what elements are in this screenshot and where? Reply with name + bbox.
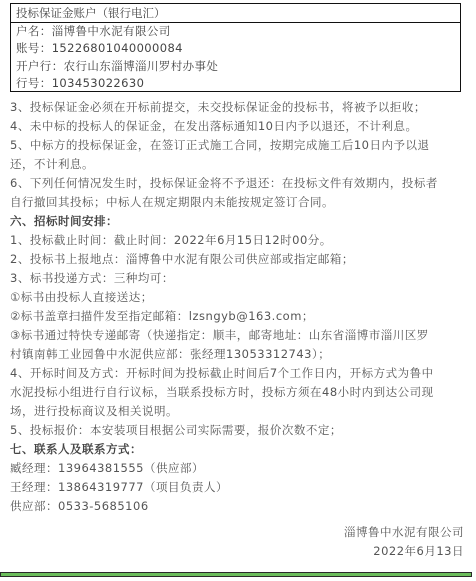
account-name: 户名：淄博鲁中水泥有限公司 [11, 23, 460, 40]
signature-date: 2022年6月13日 [344, 542, 464, 561]
notice-body: 3、投标保证金必须在开标前提交，未交投标保证金的投标书，将被予以拒收； 4、未中… [10, 98, 470, 516]
account-bank-code: 行号：103453022630 [11, 75, 460, 92]
body-line: 2、投标书上报地点：淄博鲁中水泥有限公司供应部或指定邮箱； [10, 250, 470, 269]
contact-line: 王经理：13864319777（项目负责人） [10, 478, 470, 497]
section-heading-schedule: 六、招标时间安排： [10, 212, 470, 231]
body-line-email: ②标书盖章扫描件发至指定邮箱：lzsngyb@163.com； [10, 307, 470, 326]
body-line: ①标书由投标人直接送达； [10, 288, 470, 307]
account-bank: 开户行：农行山东淄博淄川罗村办事处 [11, 58, 460, 75]
body-line: 4、开标时间及方式：开标时间为投标截止时间后7个工作日内，开标方式为鲁中 [10, 364, 470, 383]
contact-line: 供应部：0533-5685106 [10, 497, 470, 516]
body-line: 5、中标方的投标保证金，在签订正式施工合同，按期完成施工后10日内予以退 [10, 136, 470, 155]
body-line: ③标书通过特快专递邮寄（快递指定：顺丰，邮寄地址：山东省淄博市淄川区罗 [10, 326, 470, 345]
contact-line: 臧经理：13964381555（供应部） [10, 459, 470, 478]
body-line: 还，不计利息。 [10, 155, 470, 174]
signature-company: 淄博鲁中水泥有限公司 [344, 523, 464, 542]
signature-block: 淄博鲁中水泥有限公司 2022年6月13日 [344, 523, 464, 561]
body-line: 村镇南韩工业园鲁中水泥供应部：张经理13053312743）； [10, 345, 470, 364]
account-box-title: 投标保证金账户（银行电汇） [11, 4, 460, 23]
body-line: 3、标书投递方式：三种均可： [10, 269, 470, 288]
body-line: 水泥投标小组进行自行议标，当联系投标方时，投标方须在48小时内到达公司现 [10, 383, 470, 402]
body-line: 5、投标报价：本安装项目根据公司实际需要，报价次数不定； [10, 421, 470, 440]
section-heading-contacts: 七、联系人及联系方式： [10, 440, 470, 459]
body-line: 1、投标截止时间：截止时间：2022年6月15日12时00分。 [10, 231, 470, 250]
body-line: 自行撤回其投标；中标人在规定期限内未能按规定签订合同。 [10, 193, 470, 212]
body-line: 3、投标保证金必须在开标前提交，未交投标保证金的投标书，将被予以拒收； [10, 98, 470, 117]
body-line: 场，进行投标商议及相关说明。 [10, 402, 470, 421]
bid-deposit-account-box: 投标保证金账户（银行电汇） 户名：淄博鲁中水泥有限公司 账号：152268010… [10, 3, 461, 92]
body-line: 4、未中标的投标人的保证金，在发出落标通知10日内予以退还，不计利息。 [10, 117, 470, 136]
account-number: 账号：15226801040000084 [11, 40, 460, 57]
body-line: 6、下列任何情况发生时，投标保证金将不予退还：在投标文件有效期内，投标者 [10, 174, 470, 193]
bottom-divider-bar [0, 572, 472, 577]
